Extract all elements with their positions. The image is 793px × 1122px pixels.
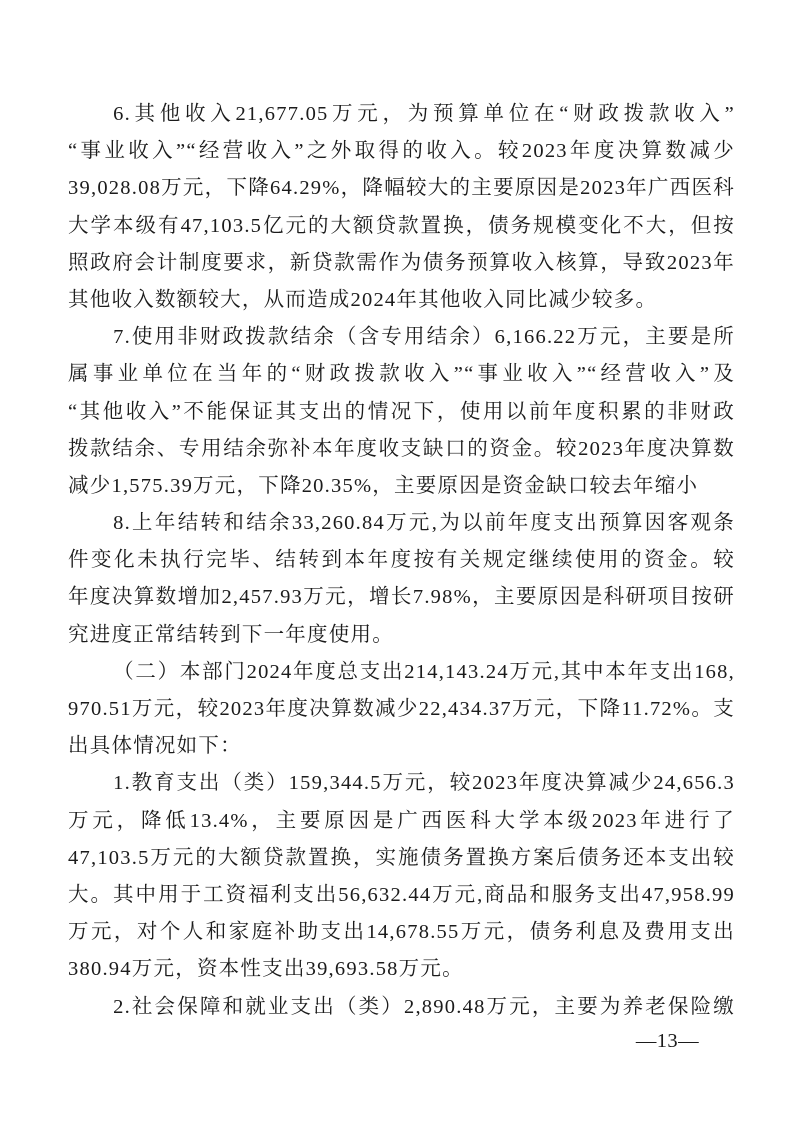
page-number: —13— [636, 1023, 699, 1060]
text-line: “事业收入”“经营收入”之外取得的收入。较2023年度决算数减少 [68, 133, 735, 170]
text-line: （二）本部门2024年度总支出214,143.24万元,其中本年支出168, [68, 654, 735, 691]
paragraph-section-2-total-expenditure: （二）本部门2024年度总支出214,143.24万元,其中本年支出168,97… [68, 654, 735, 766]
text-line: 属事业单位在当年的“财政拨款收入”“事业收入”“经营收入”及 [68, 356, 735, 393]
text-line: 47,103.5万元的大额贷款置换，实施债务置换方案后债务还本支出较 [68, 840, 735, 877]
text-line: 究进度正常结转到下一年度使用。 [68, 617, 735, 654]
text-line: 1.教育支出（类）159,344.5万元，较2023年度决算减少24,656.3 [68, 765, 735, 802]
text-line: 2.社会保障和就业支出（类）2,890.48万元，主要为养老保险缴 [68, 989, 735, 1026]
paragraph-item-7-non-fiscal-appropriation-carryover: 7.使用非财政拨款结余（含专用结余）6,166.22万元，主要是所属事业单位在当… [68, 319, 735, 505]
paragraph-item-6-other-income: 6.其他收入21,677.05万元，为预算单位在“财政拨款收入”“事业收入”“经… [68, 96, 735, 319]
text-line: 8.上年结转和结余33,260.84万元,为以前年度支出预算因客观条 [68, 505, 735, 542]
text-line: 7.使用非财政拨款结余（含专用结余）6,166.22万元，主要是所 [68, 319, 735, 356]
text-line: 万元，对个人和家庭补助支出14,678.55万元，债务利息及费用支出 [68, 914, 735, 951]
document-body: 6.其他收入21,677.05万元，为预算单位在“财政拨款收入”“事业收入”“经… [68, 96, 735, 1026]
paragraph-item-2-social-security-expenditure: 2.社会保障和就业支出（类）2,890.48万元，主要为养老保险缴 [68, 989, 735, 1026]
text-line: 39,028.08万元，下降64.29%，降幅较大的主要原因是2023年广西医科 [68, 170, 735, 207]
text-line: 减少1,575.39万元，下降20.35%，主要原因是资金缺口较去年缩小 [68, 468, 735, 505]
text-line: 万元，降低13.4%，主要原因是广西医科大学本级2023年进行了 [68, 803, 735, 840]
text-line: 其他收入数额较大，从而造成2024年其他收入同比减少较多。 [68, 282, 735, 319]
text-line: “其他收入”不能保证其支出的情况下，使用以前年度积累的非财政 [68, 394, 735, 431]
text-line: 拨款结余、专用结余弥补本年度收支缺口的资金。较2023年度决算数 [68, 431, 735, 468]
text-line: 照政府会计制度要求，新贷款需作为债务预算收入核算，导致2023年 [68, 245, 735, 282]
paragraph-item-1-education-expenditure: 1.教育支出（类）159,344.5万元，较2023年度决算减少24,656.3… [68, 765, 735, 988]
text-line: 380.94万元，资本性支出39,693.58万元。 [68, 951, 735, 988]
text-line: 6.其他收入21,677.05万元，为预算单位在“财政拨款收入” [68, 96, 735, 133]
document-page: 6.其他收入21,677.05万元，为预算单位在“财政拨款收入”“事业收入”“经… [0, 0, 793, 1122]
text-line: 年度决算数增加2,457.93万元，增长7.98%，主要原因是科研项目按研 [68, 579, 735, 616]
text-line: 970.51万元，较2023年度决算数减少22,434.37万元，下降11.72… [68, 691, 735, 728]
paragraph-item-8-prior-year-carryover: 8.上年结转和结余33,260.84万元,为以前年度支出预算因客观条件变化未执行… [68, 505, 735, 654]
text-line: 大。其中用于工资福利支出56,632.44万元,商品和服务支出47,958.99 [68, 877, 735, 914]
text-line: 大学本级有47,103.5亿元的大额贷款置换，债务规模变化不大，但按 [68, 208, 735, 245]
text-line: 件变化未执行完毕、结转到本年度按有关规定继续使用的资金。较2023 [68, 542, 735, 579]
text-line: 出具体情况如下： [68, 728, 735, 765]
